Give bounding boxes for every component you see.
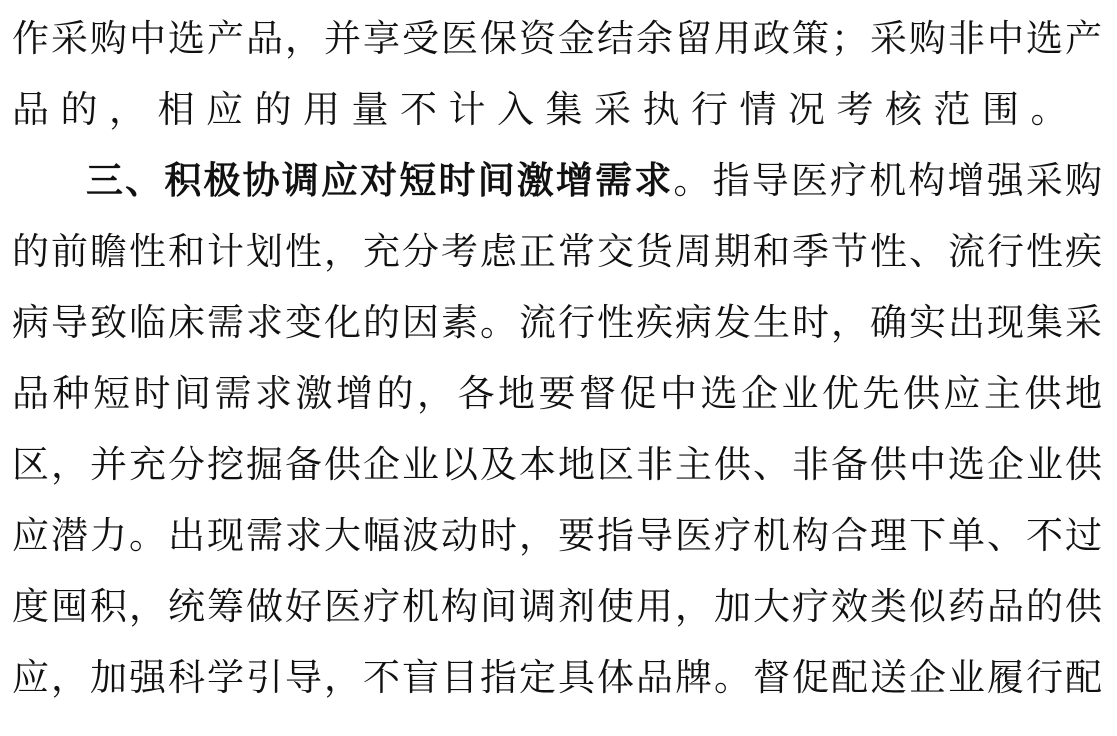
document-page: 作采购中选产品，并享受医保资金结余留用政策；采购非中选产 品的，相应的用量不计入… xyxy=(0,0,1117,736)
paragraph-line-10: 应，加强科学引导，不盲目指定具体品牌。督促配送企业履行配 xyxy=(12,653,1102,703)
section-heading-continuation: 。指导医疗机构增强采购 xyxy=(673,159,1102,202)
paragraph-line-4: 的前瞻性和计划性，充分考虑正常交货周期和季节性、流行性疾 xyxy=(12,227,1102,277)
paragraph-line-8: 应潜力。出现需求大幅波动时，要指导医疗机构合理下单、不过 xyxy=(12,511,1102,561)
paragraph-line-1: 作采购中选产品，并享受医保资金结余留用政策；采购非中选产 xyxy=(12,14,1102,64)
paragraph-line-9: 度囤积，统筹做好医疗机构间调剂使用，加大疗效类似药品的供 xyxy=(12,582,1102,632)
paragraph-line-5: 病导致临床需求变化的因素。流行性疾病发生时，确实出现集采 xyxy=(12,298,1102,348)
paragraph-line-7: 区，并充分挖掘备供企业以及本地区非主供、非备供中选企业供 xyxy=(12,440,1102,490)
section-heading-line: 三、积极协调应对短时间激增需求。指导医疗机构增强采购 xyxy=(86,156,1102,206)
paragraph-line-6: 品种短时间需求激增的，各地要督促中选企业优先供应主供地 xyxy=(12,369,1102,419)
paragraph-line-2: 品的，相应的用量不计入集采执行情况考核范围。 xyxy=(12,85,1102,135)
section-heading: 三、积极协调应对短时间激增需求 xyxy=(86,159,673,202)
